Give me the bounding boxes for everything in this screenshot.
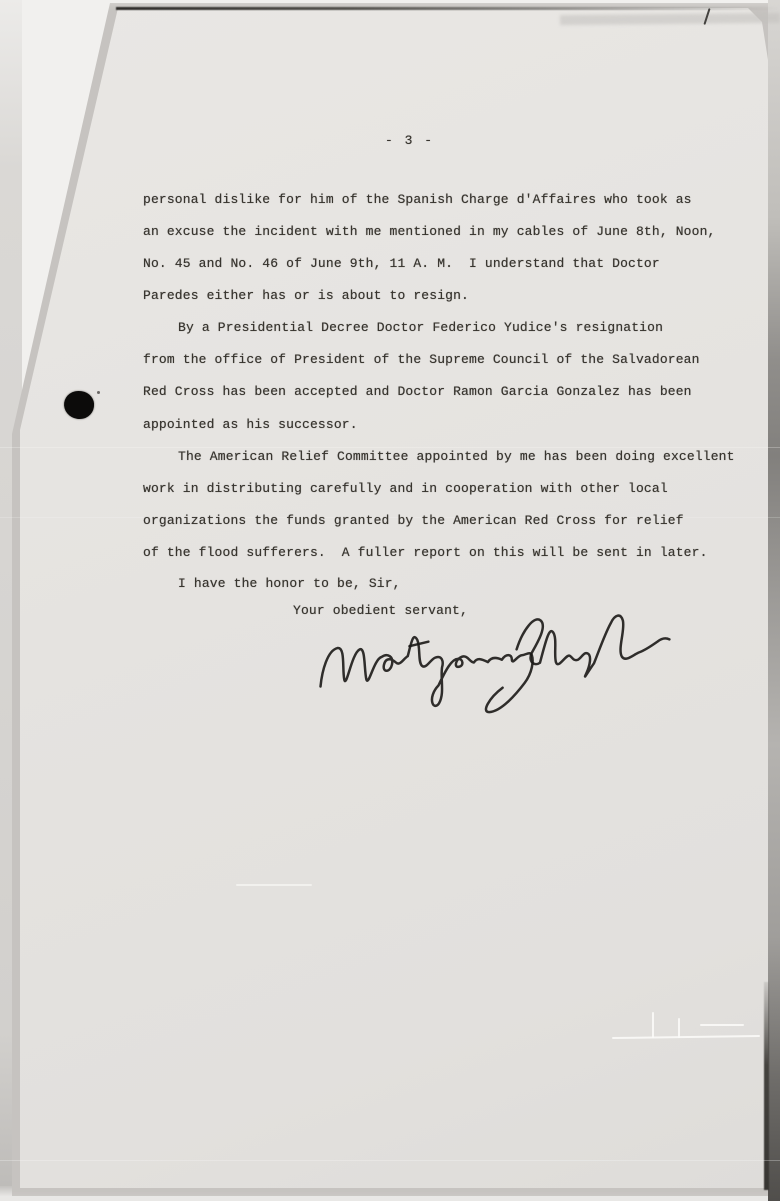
text-line: from the office of President of the Supr… (143, 352, 700, 367)
scanned-letter-page: - 3 - personal dislike for him of the Sp… (0, 0, 780, 1201)
text-line: work in distributing carefully and in co… (143, 481, 668, 496)
text-line: Red Cross has been accepted and Doctor R… (143, 384, 692, 399)
text-line: Paredes either has or is about to resign… (143, 288, 469, 303)
scratch-mark (236, 884, 312, 886)
scan-background-right (768, 0, 780, 1201)
text-line: of the flood sufferers. A fuller report … (143, 545, 708, 560)
scan-line-artifact (0, 447, 780, 448)
page-number: - 3 - (385, 133, 434, 148)
text-line: organizations the funds granted by the A… (143, 513, 684, 528)
handwritten-signature (290, 595, 693, 735)
text-line: appointed as his successor. (143, 417, 358, 432)
paper-speck (97, 391, 100, 394)
closing-line: I have the honor to be, Sir, (178, 576, 401, 591)
scratch-mark (700, 1024, 744, 1026)
text-line: an excuse the incident with me mentioned… (143, 224, 716, 239)
text-line: By a Presidential Decree Doctor Federico… (178, 320, 663, 335)
scan-line-artifact (0, 1160, 780, 1161)
text-line: No. 45 and No. 46 of June 9th, 11 A. M. … (143, 256, 660, 271)
scratch-mark (652, 1012, 654, 1038)
text-line: personal dislike for him of the Spanish … (143, 192, 692, 207)
scratch-mark (678, 1018, 680, 1038)
right-edge-dark-line (764, 982, 769, 1190)
top-edge-line (116, 7, 780, 10)
text-line: The American Relief Committee appointed … (178, 449, 735, 464)
